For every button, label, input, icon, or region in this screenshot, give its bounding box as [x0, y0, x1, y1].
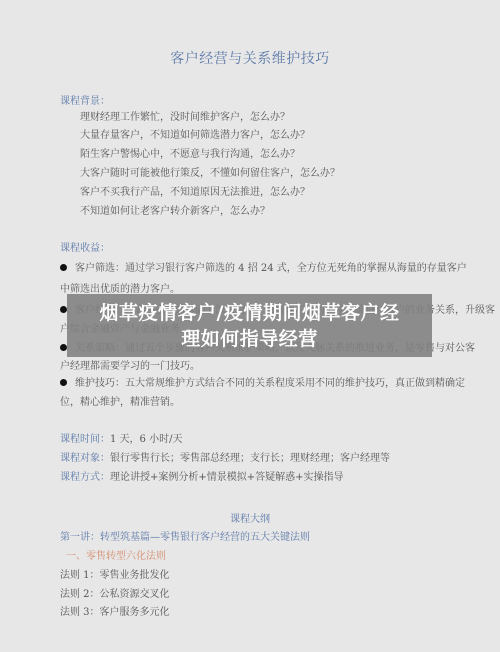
rule-item: 法则 1：零售业务批发化: [60, 566, 170, 581]
background-heading: 课程背景：: [60, 92, 110, 107]
rule-item: 法则 3：客户服务多元化: [60, 603, 170, 618]
overlay-title-line2: 理如何指导经营: [181, 326, 318, 352]
course-method: 课程方式：理论讲授+案例分析+情景模拟+答疑解惑+实操指导: [60, 468, 344, 483]
background-item: 大客户随时可能被他行策反，不懂如何留住客户，怎么办？: [80, 164, 340, 179]
document-title: 客户经营与关系维护技巧: [0, 48, 500, 68]
background-item: 不知道如何让老客户转介新客户，怎么办？: [80, 202, 270, 217]
overlay-title-line1: 烟草疫情客户/疫情期间烟草客户经: [100, 300, 400, 326]
background-item: 大量存量客户，不知道如何筛选潜力客户，怎么办？: [80, 126, 310, 141]
outline-title: 课程大纲: [0, 510, 500, 525]
bullet-icon: [60, 344, 67, 351]
course-time: 课程时间：1 天，6 小时/天: [60, 430, 182, 445]
benefit-item: 维护技巧：五大常规维护方式结合不同的关系程度采用不同的维护技巧，真正做到精确定: [60, 374, 465, 389]
benefit-item: 客户筛选：通过学习银行客户筛选的 4 招 24 式，全方位无死角的掌握从海量的存…: [60, 259, 467, 274]
lecture-heading: 第一讲：转型筑基篇—零售银行客户经营的五大关键法则: [60, 528, 310, 543]
background-item: 陌生客户警惕心中，不愿意与我行沟通，怎么办？: [80, 145, 300, 160]
benefit-item-cont: 位，精心维护，精准营销。: [60, 393, 180, 408]
background-item: 理财经理工作繁忙，没时间维护客户，怎么办？: [80, 108, 290, 123]
bullet-icon: [60, 306, 67, 313]
subsection-heading: 一、零售转型六化法则: [66, 547, 166, 562]
bullet-icon: [60, 379, 67, 386]
rule-item: 法则 2：公私资源交叉化: [60, 585, 170, 600]
benefit-item-cont: 户经理都需要学习的一门技巧。: [60, 357, 200, 372]
course-audience: 课程对象：银行零售行长；零售部总经理；支行长；理财经理；客户经理等: [60, 449, 390, 464]
background-item: 客户不买我行产品，不知道原因无法推进，怎么办？: [80, 183, 310, 198]
title-overlay-banner: 烟草疫情客户/疫情期间烟草客户经 理如何指导经营: [67, 294, 432, 357]
benefit-item-cont: 中筛选出优质的潜力客户。: [60, 280, 180, 295]
bullet-icon: [60, 264, 67, 271]
benefits-heading: 课程收益：: [60, 239, 110, 254]
